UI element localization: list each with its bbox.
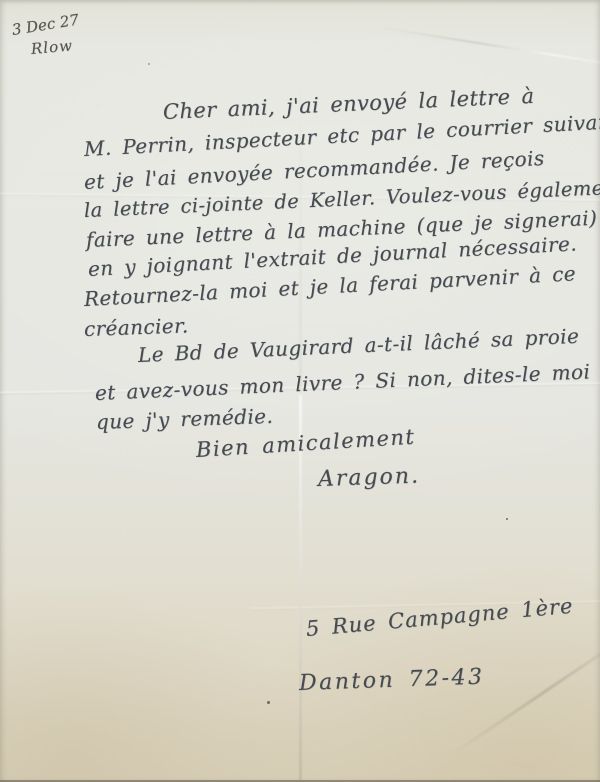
pencil-annotation-mark: Rlow <box>30 36 73 58</box>
signature: Aragon. <box>318 463 421 492</box>
paper-speck <box>506 518 508 520</box>
paper-speck <box>148 63 150 65</box>
paper-speck <box>267 701 270 704</box>
letter-line: créancier. <box>84 313 189 341</box>
letter-photograph: 3 Dec 27 Rlow Cher ami, j'ai envoyé la l… <box>0 0 600 782</box>
